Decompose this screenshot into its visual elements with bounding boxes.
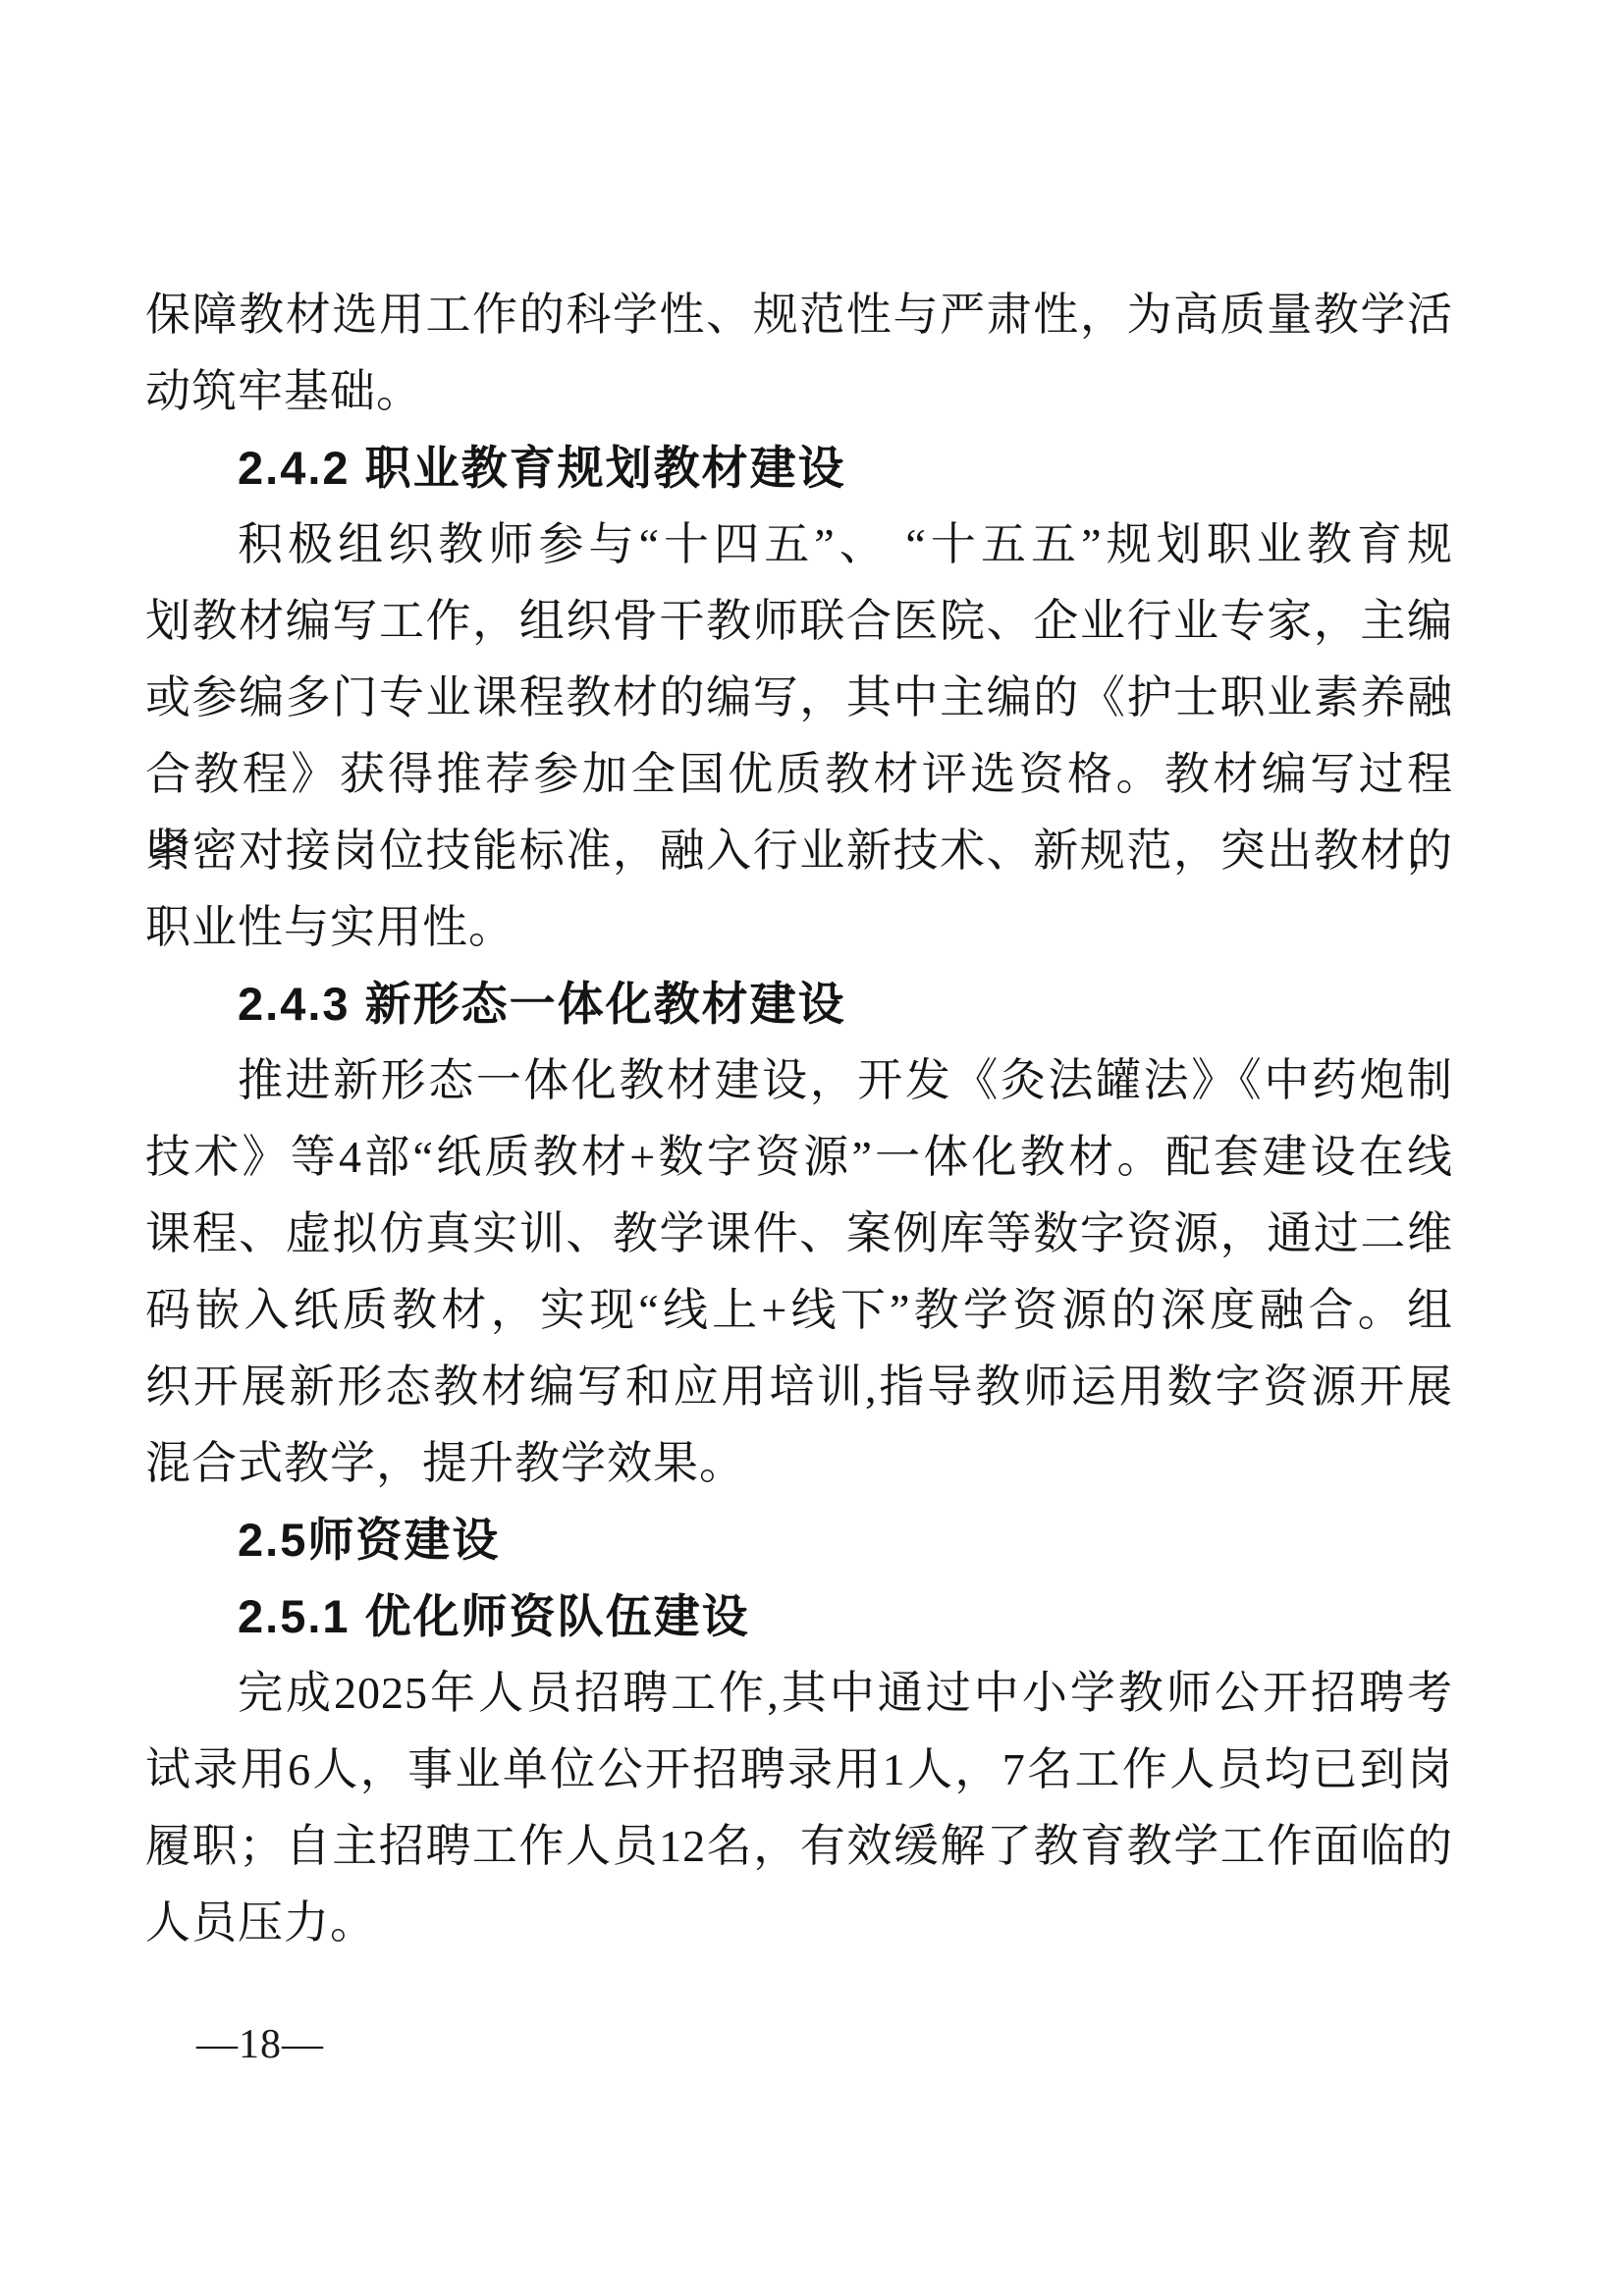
paragraph-line: 或参编多门专业课程教材的编写，其中主编的《护士职业素养融 (145, 660, 1453, 736)
paragraph-line: 职业性与实用性。 (145, 889, 1453, 966)
paragraph-line: 完成2025年人员招聘工作,其中通过中小学教师公开招聘考 (145, 1655, 1453, 1732)
paragraph-line: 码嵌入纸质教材，实现“线上+线下”教学资源的深度融合。组 (145, 1272, 1453, 1349)
scanned-document-page: 保障教材选用工作的科学性、规范性与严肃性，为高质量教学活 动筑牢基础。 2.4.… (0, 0, 1623, 2296)
paragraph-line: 积极组织教师参与“十四五”、 “十五五”规划职业教育规 (145, 507, 1453, 583)
section-heading-2-4-2: 2.4.2 职业教育规划教材建设 (145, 430, 1453, 507)
section-heading-2-5-1: 2.5.1 优化师资队伍建设 (145, 1578, 1453, 1655)
paragraph-line: 合教程》获得推荐参加全国优质教材评选资格。教材编写过程中， (145, 736, 1453, 813)
page-number: —18— (196, 2020, 324, 2069)
paragraph-line: 划教材编写工作，组织骨干教师联合医院、企业行业专家，主编 (145, 583, 1453, 660)
paragraph-line: 动筑牢基础。 (145, 353, 1453, 430)
paragraph-line: 技术》等4部“纸质教材+数字资源”一体化教材。配套建设在线 (145, 1119, 1453, 1196)
paragraph-line: 保障教材选用工作的科学性、规范性与严肃性，为高质量教学活 (145, 277, 1453, 353)
paragraph-line: 织开展新形态教材编写和应用培训,指导教师运用数字资源开展 (145, 1349, 1453, 1425)
paragraph-line: 混合式教学，提升教学效果。 (145, 1425, 1453, 1502)
paragraph-line: 紧密对接岗位技能标准，融入行业新技术、新规范，突出教材的 (145, 813, 1453, 889)
paragraph-line: 课程、虚拟仿真实训、教学课件、案例库等数字资源，通过二维 (145, 1196, 1453, 1272)
section-heading-2-4-3: 2.4.3 新形态一体化教材建设 (145, 966, 1453, 1042)
paragraph-line: 推进新形态一体化教材建设，开发《灸法罐法》《中药炮制 (145, 1042, 1453, 1119)
paragraph-line: 人员压力。 (145, 1885, 1453, 1961)
paragraph-line: 履职；自主招聘工作人员12名，有效缓解了教育教学工作面临的 (145, 1808, 1453, 1885)
section-heading-2-5: 2.5师资建设 (145, 1502, 1453, 1578)
page-body-text: 保障教材选用工作的科学性、规范性与严肃性，为高质量教学活 动筑牢基础。 2.4.… (145, 277, 1453, 1961)
paragraph-line: 试录用6人，事业单位公开招聘录用1人，7名工作人员均已到岗 (145, 1732, 1453, 1808)
